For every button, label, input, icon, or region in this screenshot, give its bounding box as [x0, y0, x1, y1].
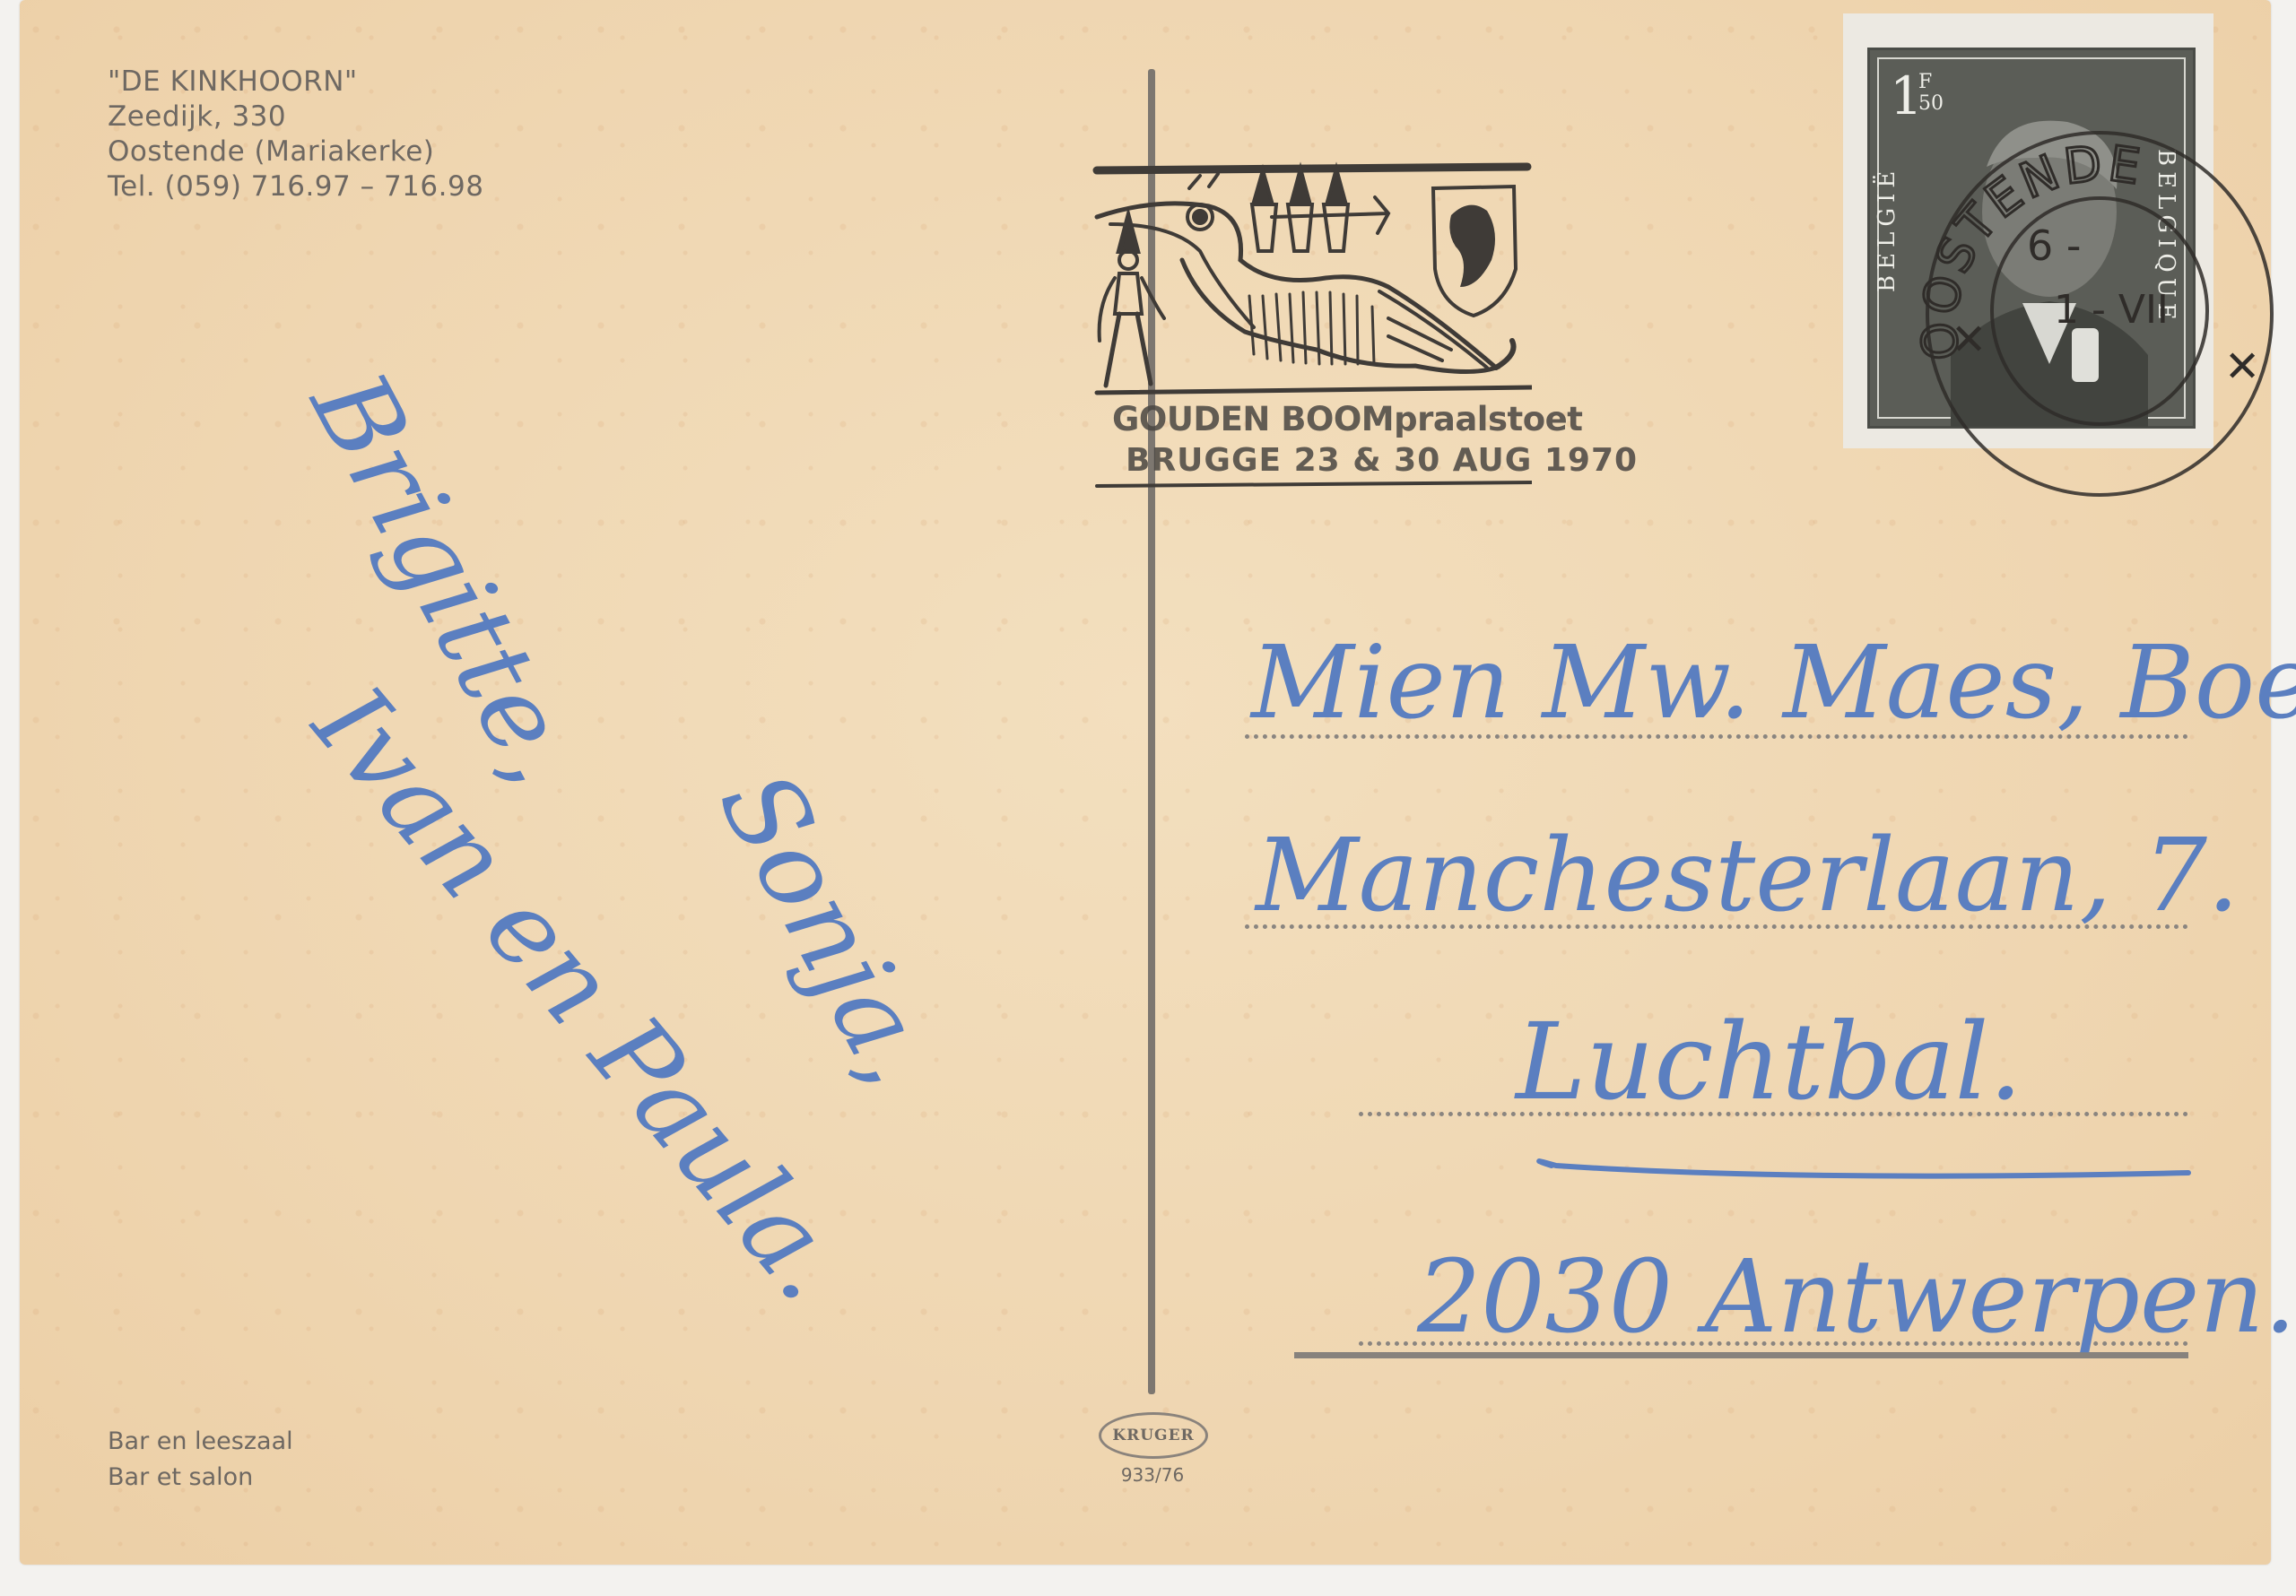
handwriting-layer: Brigitte, Sonja, Ivan en Paula. Mien Mw.… — [0, 0, 2296, 1596]
district-underline — [1539, 1161, 2188, 1176]
address-recipient: Mien Mw. Maes, Boei — [1249, 625, 2296, 742]
message-line-3: Ivan en Paula. — [289, 662, 873, 1324]
message-line-2: Sonja, — [695, 751, 961, 1105]
address-district: Luchtbal. — [1514, 1000, 2022, 1123]
address-city: 2030 Antwerpen. — [1416, 1239, 2296, 1356]
address-street: Manchesterlaan, 7. — [1254, 818, 2239, 934]
